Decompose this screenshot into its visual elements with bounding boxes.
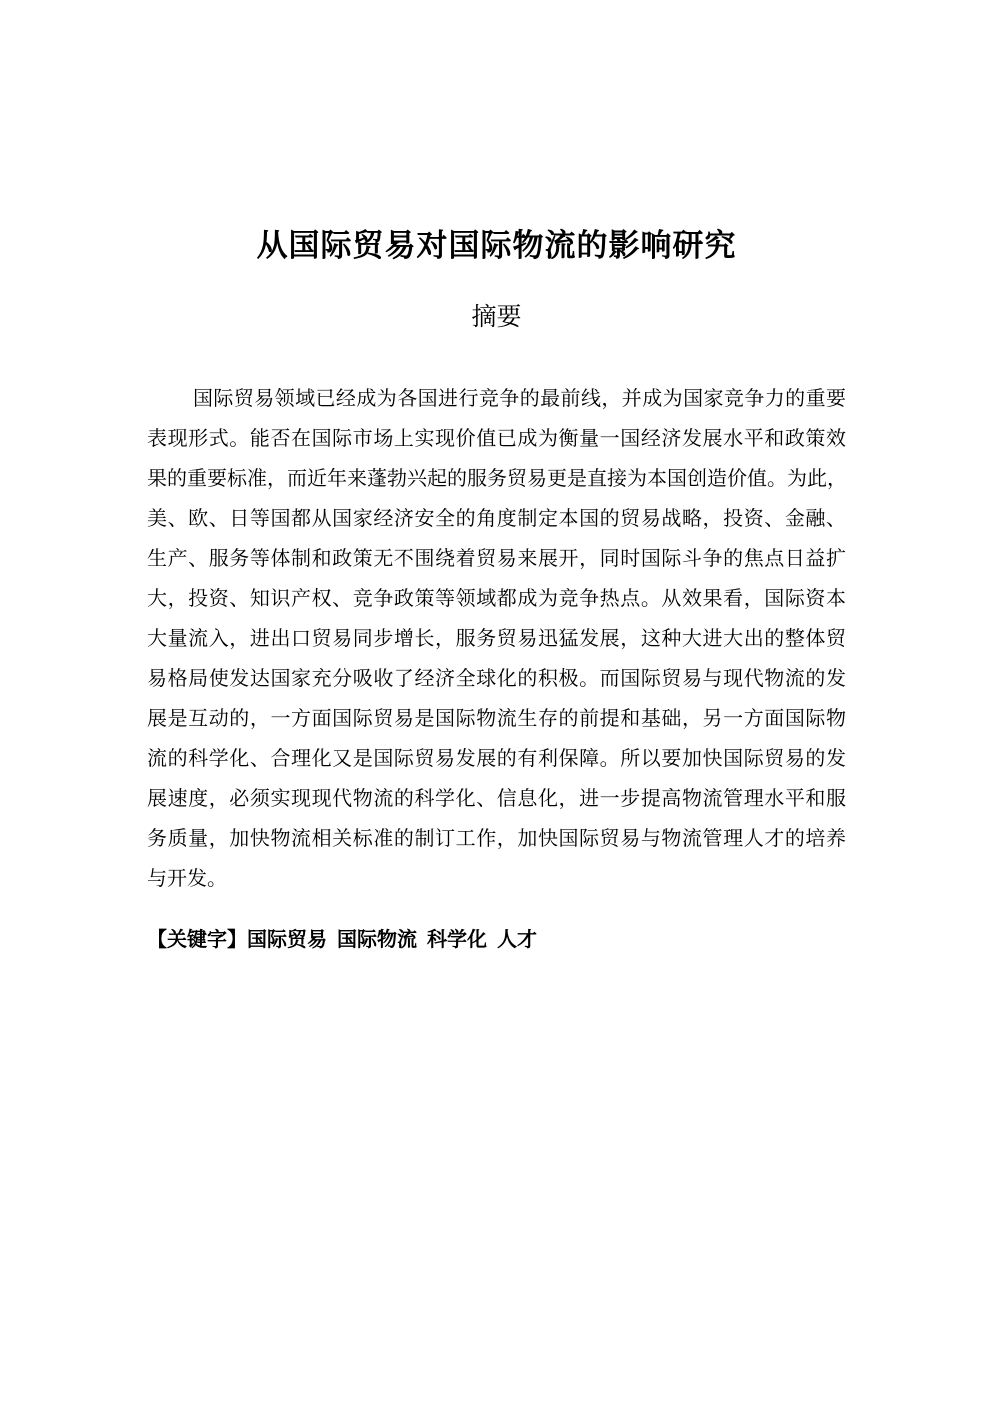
keywords-line: 【关键字】国际贸易 国际物流 科学化 人才	[147, 920, 537, 960]
abstract-line: 展速度，必须实现现代物流的科学化、信息化，进一步提高物流管理水平和服	[147, 779, 846, 819]
document-title: 从国际贸易对国际物流的影响研究	[0, 226, 993, 266]
abstract-paragraph: 国际贸易领域已经成为各国进行竞争的最前线，并成为国家竞争力的重要表现形式。能否在…	[147, 379, 846, 899]
abstract-line: 国际贸易领域已经成为各国进行竞争的最前线，并成为国家竞争力的重要	[147, 379, 846, 419]
keywords-list: 国际贸易 国际物流 科学化 人才	[247, 929, 537, 951]
abstract-line: 美、欧、日等国都从国家经济安全的角度制定本国的贸易战略，投资、金融、	[147, 499, 846, 539]
keywords-label: 【关键字】	[147, 929, 247, 951]
abstract-line: 易格局使发达国家充分吸收了经济全球化的积极。而国际贸易与现代物流的发	[147, 659, 846, 699]
abstract-line: 表现形式。能否在国际市场上实现价值已成为衡量一国经济发展水平和政策效	[147, 419, 846, 459]
document-page: 从国际贸易对国际物流的影响研究 摘要 国际贸易领域已经成为各国进行竞争的最前线，…	[0, 0, 993, 1404]
abstract-line: 务质量，加快物流相关标准的制订工作，加快国际贸易与物流管理人才的培养	[147, 819, 846, 859]
abstract-line: 流的科学化、合理化又是国际贸易发展的有利保障。所以要加快国际贸易的发	[147, 739, 846, 779]
abstract-line: 生产、服务等体制和政策无不围绕着贸易来展开，同时国际斗争的焦点日益扩	[147, 539, 846, 579]
abstract-line: 大，投资、知识产权、竞争政策等领域都成为竞争热点。从效果看，国际资本	[147, 579, 846, 619]
abstract-line: 展是互动的，一方面国际贸易是国际物流生存的前提和基础，另一方面国际物	[147, 699, 846, 739]
abstract-line: 与开发。	[147, 859, 846, 899]
abstract-line: 果的重要标准，而近年来蓬勃兴起的服务贸易更是直接为本国创造价值。为此，	[147, 459, 846, 499]
abstract-line: 大量流入，进出口贸易同步增长，服务贸易迅猛发展，这种大进大出的整体贸	[147, 619, 846, 659]
abstract-heading: 摘要	[0, 300, 993, 336]
